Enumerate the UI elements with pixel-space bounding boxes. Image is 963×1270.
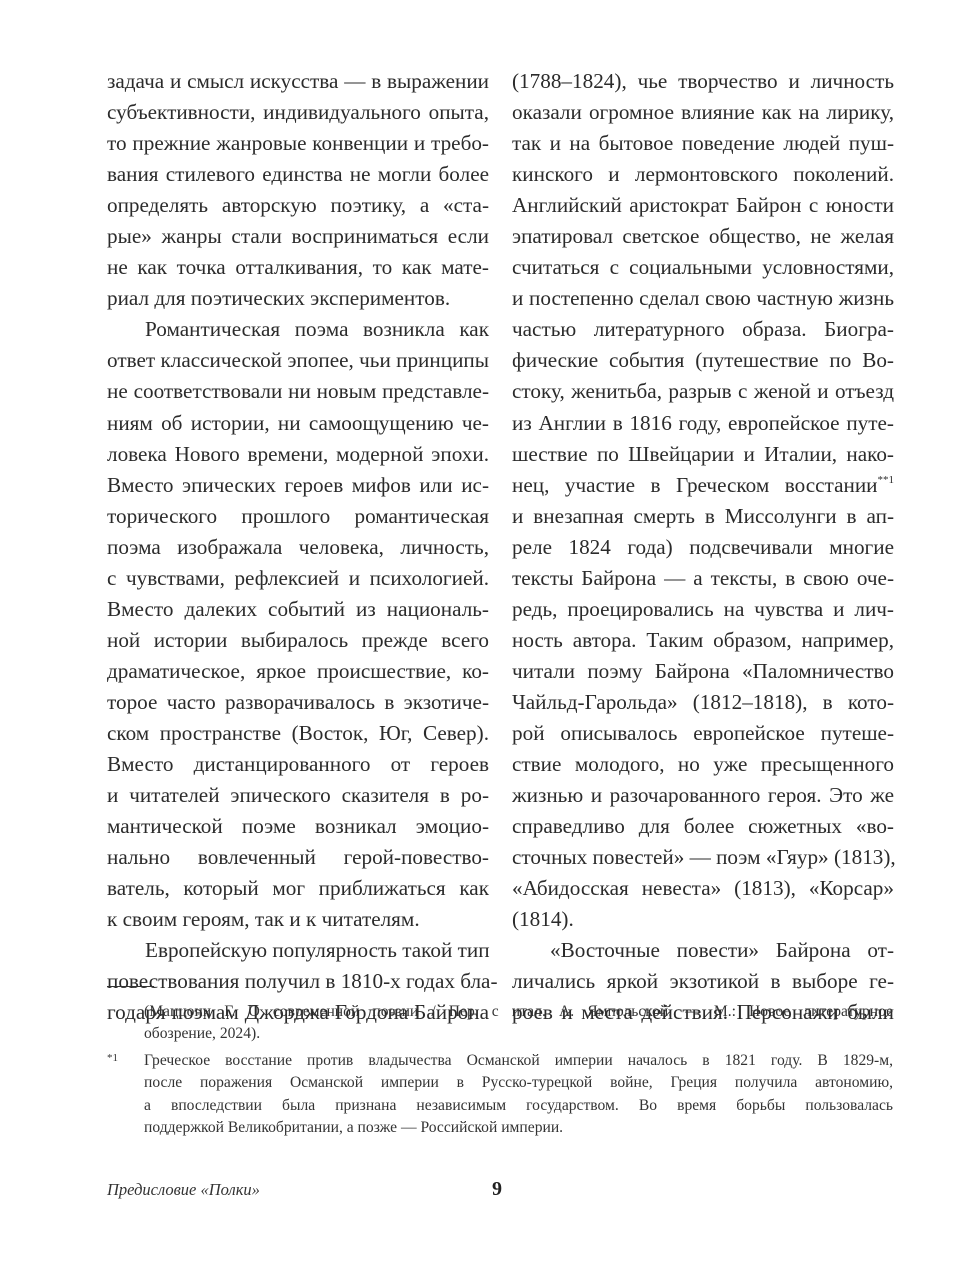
footnote-line: после поражения Османской империи в Русс… [144, 1072, 893, 1094]
text-line: торического прошлого романтическая [107, 501, 489, 532]
text-line: Вместо дистанцированного от героев [107, 749, 489, 780]
text-line: субъективности, индивидуального опыта, [107, 97, 489, 128]
text-line: и внезапная смерть в Миссолунги в ап- [512, 501, 894, 532]
page-number: 9 [492, 1178, 502, 1201]
text-line: определять авторскую поэтику, а «ста- [107, 190, 489, 221]
text-line: и постепенно сделал свою частную жизнь [512, 283, 894, 314]
text-line: Английский аристократ Байрон с юности [512, 190, 894, 221]
text-line: читали поэму Байрона «Паломничество [512, 656, 894, 687]
text-line: ском пространстве (Восток, Юг, Север). [107, 718, 489, 749]
text-line: ность автора. Таким образом, например, [512, 625, 894, 656]
text-line: из Англии в 1816 году, европейское путе- [512, 408, 894, 439]
text-line: (1814). [512, 904, 894, 935]
text-line: сточных повестей» — поэм «Гяур» (1813), [512, 842, 894, 873]
text-line: к своим героям, так и к читателям. [107, 904, 489, 935]
text-line: и читателей эпического сказителя в ро- [107, 780, 489, 811]
text-line: оказали огромное влияние как на лирику, [512, 97, 894, 128]
footnote-line: Греческое восстание против владычества О… [144, 1050, 893, 1072]
paragraph-start-line: Романтическая поэма возникла как [107, 314, 489, 345]
footnote-line: обозрение, 2024). [144, 1023, 893, 1045]
footnotes: (Маццони Г. О современной поэзии / Пер. … [107, 1001, 893, 1143]
footnote-reference[interactable]: **1 [878, 474, 895, 486]
book-page: задача и смысл искусства — в выражении с… [0, 0, 963, 1270]
text-line: жизнью и разочарованного героя. Это же [512, 780, 894, 811]
text-line: поэма изображала человека, личность, [107, 532, 489, 563]
footnote-continuation: (Маццони Г. О современной поэзии / Пер. … [107, 1001, 893, 1046]
text-line: Вместо далеких событий из националь- [107, 594, 489, 625]
text-column-left: задача и смысл искусства — в выражении с… [107, 66, 489, 1028]
text-line: считаться с социальными условностями, [512, 252, 894, 283]
text-line-with-footnote: нец, участие в Греческом восстании**1 [512, 470, 894, 501]
text-line: нально вовлеченный герой-повество- [107, 842, 489, 873]
text-line: не как точка отталкивания, то как мате- [107, 252, 489, 283]
text-line: ватель, который мог приближаться как [107, 873, 489, 904]
text-line: повествования получил в 1810-х годах бла… [107, 966, 489, 997]
text-line: задача и смысл искусства — в выражении [107, 66, 489, 97]
paragraph-start-line: Европейскую популярность такой тип [107, 935, 489, 966]
footnote-line: поддержкой Великобритании, а позже — Рос… [144, 1117, 893, 1139]
text-line: Чайльд-Гарольда» (1812–1818), в кото- [512, 687, 894, 718]
text-line: личались яркой экзотикой в выборе ге- [512, 966, 894, 997]
footnote-line: а впоследствии была признана независимым… [144, 1095, 893, 1117]
text-line: рой описывалось европейское путеше- [512, 718, 894, 749]
text-line: риал для поэтических экспериментов. [107, 283, 489, 314]
text-line: ловека Нового времени, модерной эпохи. [107, 439, 489, 470]
paragraph-start-line: «Восточные повести» Байрона от- [512, 935, 894, 966]
text-line: стоку, женитьба, разрыв с женой и отъезд [512, 376, 894, 407]
text-line: ниям об истории, ни самоощущению че- [107, 408, 489, 439]
text-line: не соответствовали ни новым представле- [107, 376, 489, 407]
text-line: вания стилевого единства не могли более [107, 159, 489, 190]
text-line: реле 1824 года) подсвечивали многие [512, 532, 894, 563]
text-line: ответ классической эпопее, чьи принципы [107, 345, 489, 376]
text-line: мантической поэме возникал эмоцио- [107, 811, 489, 842]
text-line: Вместо эпических героев мифов или ис- [107, 470, 489, 501]
text-line: частью литературного образа. Биогра- [512, 314, 894, 345]
text-line: так и на бытовое поведение людей пуш- [512, 128, 894, 159]
text-line: рые» жанры стали восприниматься если [107, 221, 489, 252]
running-title: Предисловие «Полки» [107, 1180, 260, 1200]
text-column-right: (1788–1824), чье творчество и личность о… [512, 66, 894, 1028]
text-line: с чувствами, рефлексией и психологией. [107, 563, 489, 594]
text-line: драматическое, яркое происшествие, ко- [107, 656, 489, 687]
text-line: торое часто разворачивалось в экзотиче- [107, 687, 489, 718]
text-line: (1788–1824), чье творчество и личность [512, 66, 894, 97]
text-line: фические события (путешествие по Во- [512, 345, 894, 376]
footnote-mark: *1 [107, 1047, 118, 1069]
text-line: редь, проецировались на чувства и лич- [512, 594, 894, 625]
text-line: ствие молодого, но уже пресыщенного [512, 749, 894, 780]
footnote-greek-uprising: *1 Греческое восстание против владычеств… [107, 1050, 893, 1140]
text-line: то прежние жанровые конвенции и требо- [107, 128, 489, 159]
text-line: кинского и лермонтовского поколений. [512, 159, 894, 190]
text-line: «Абидосская невеста» (1813), «Корсар» [512, 873, 894, 904]
text-line: справедливо для более сюжетных «во- [512, 811, 894, 842]
footnote-divider [107, 986, 154, 987]
text-line: эпатировал светское общество, не желая [512, 221, 894, 252]
text-line: ной истории выбиралось прежде всего [107, 625, 489, 656]
text-line: тексты Байрона — а тексты, в свою оче- [512, 563, 894, 594]
text-fragment: нец, участие в Греческом восстании [512, 473, 878, 497]
footnote-line: (Маццони Г. О современной поэзии / Пер. … [144, 1001, 893, 1023]
text-line: шествие по Швейцарии и Италии, нако- [512, 439, 894, 470]
